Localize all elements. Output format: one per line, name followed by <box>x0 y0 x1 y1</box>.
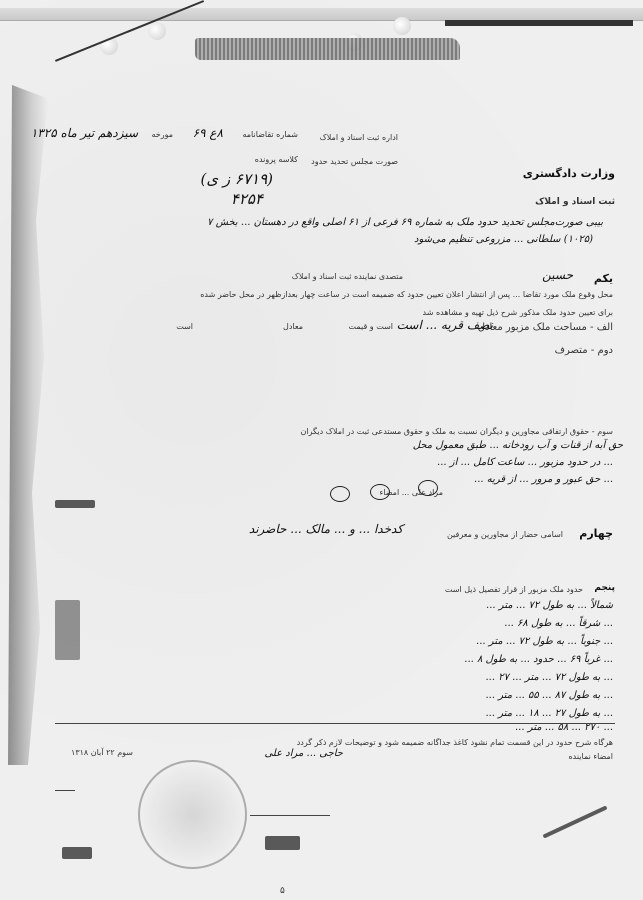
page-mark: ۵ <box>280 886 285 896</box>
boundary-line: ... شرقاً ... به طول ۶۸ ... <box>504 618 613 629</box>
handwritten-case-number: (۶۷۱۹ ز ی) <box>201 170 273 188</box>
boundary-line: ... جنوباً ... به طول ۷۲ ... متر ... <box>476 636 613 647</box>
strike-line <box>55 723 615 724</box>
boundary-line: ... به طول ۸۷ ... ۵۵ ... متر ... <box>485 690 613 701</box>
case-labels: کلاسه پرونده <box>255 155 298 164</box>
ink-blot <box>62 847 92 859</box>
boundary-line: ... به طول ۷۲ ... متر ... ۲۷ ... <box>485 672 613 683</box>
office-title: اداره ثبت اسناد و املاک <box>320 133 398 142</box>
scanned-document-page: وزارت دادگستری ثبت اسناد و املاک اداره ث… <box>0 0 643 900</box>
torn-paper-strip <box>195 38 460 60</box>
boundary-line: ... غرباً ۶۹ ... حدود ... به طول ۸ ... <box>464 654 613 665</box>
office-subtitle: صورت مجلس تحدید حدود <box>311 157 398 166</box>
dovom-label: دوم - متصرف <box>555 345 613 356</box>
signature-label: امضاء نماینده <box>568 752 613 761</box>
panjom-printed: حدود ملک مزبور از قرار تفصیل ذیل است <box>445 585 583 594</box>
chaharom-printed: اسامی حضار از مجاورین و معرفین <box>447 530 563 539</box>
chaharom-label: چهارم <box>579 527 613 540</box>
boundary-line: شمالاً ... به طول ۷۲ ... متر ... <box>486 600 613 611</box>
closing-date: سوم ۲۲ آبان ۱۳۱۸ <box>71 748 133 757</box>
scan-mark <box>250 815 330 816</box>
section-first-printed: متصدی نماینده ثبت اسناد و املاک <box>292 272 403 281</box>
sevom-hand-line: ... حق عبور و مرور ... از قریه ... <box>474 474 613 485</box>
scan-top-shadow <box>445 20 633 26</box>
alef-unit: معادل <box>283 322 303 331</box>
closing-line: هرگاه شرح حدود در این قسمت تمام نشود کاغ… <box>297 738 613 747</box>
seal-mark <box>418 480 438 496</box>
alef-mid: است و قیمت <box>349 322 393 331</box>
alef-end: است <box>176 322 193 331</box>
alef-value: نصف قریه ... است <box>397 318 493 332</box>
punch-hole <box>148 22 166 40</box>
scan-mark <box>55 790 75 791</box>
signature-names: حاجی ... مراد علی <box>264 748 343 759</box>
ministry-title: وزارت دادگستری <box>523 167 615 180</box>
sevom-label: سوم - حقوق ارتفاقی مجاورین و دیگران نسبت… <box>301 427 614 436</box>
punch-hole <box>393 17 411 35</box>
ink-blot <box>55 500 95 508</box>
ministry-subtitle: ثبت اسناد و املاک <box>535 197 615 207</box>
ink-streak <box>542 805 607 838</box>
official-stamp <box>138 760 247 869</box>
seal-mark <box>330 486 350 502</box>
boundary-line: ... به طول ۲۷ ... ۱۸ ... متر ... <box>485 708 613 719</box>
section-first-value: حسین <box>542 268 573 282</box>
date-label: مورخه <box>151 130 173 139</box>
alef-label: الف - مساحت ملک مزبور معادل <box>478 322 613 333</box>
intro-line-2: (۱۰۲۵) سلطانی ... مزروعی تنظیم می‌شود <box>414 234 593 245</box>
basis-line: برای تعیین حدود ملک مذکور شرح ذیل تهیه و… <box>423 308 614 317</box>
chaharom-hand: کدخدا ... و ... مالک ... حاضرند <box>249 522 403 536</box>
sevom-hand-line: ... در حدود مزبور ... ساعت کامل ... از .… <box>437 457 613 468</box>
torn-left-edge <box>8 85 48 765</box>
location-line: محل وقوع ملک مورد تقاضا ... پس از انتشار… <box>200 290 613 299</box>
ink-blot <box>265 836 300 850</box>
application-number-value: ۸ع ۶۹ <box>193 126 223 140</box>
sevom-hand-line: حق آبه از قنات و آب رودخانه ... طبق معمو… <box>413 440 623 451</box>
ink-smudge <box>55 600 80 660</box>
handwritten-file-number: ۴۲۵۴ <box>231 190 263 208</box>
seal-mark <box>370 484 390 500</box>
date-value: سیزدهم تیر ماه ۱۳۲۵ <box>31 126 138 140</box>
panjom-label: پنجم <box>594 583 615 593</box>
section-first-label: یکم <box>594 272 613 285</box>
application-number-label: شماره تقاضانامه <box>242 130 298 139</box>
intro-line: بیبی صورت‌مجلس تحدید حدود ملک به شماره ۶… <box>207 217 603 228</box>
